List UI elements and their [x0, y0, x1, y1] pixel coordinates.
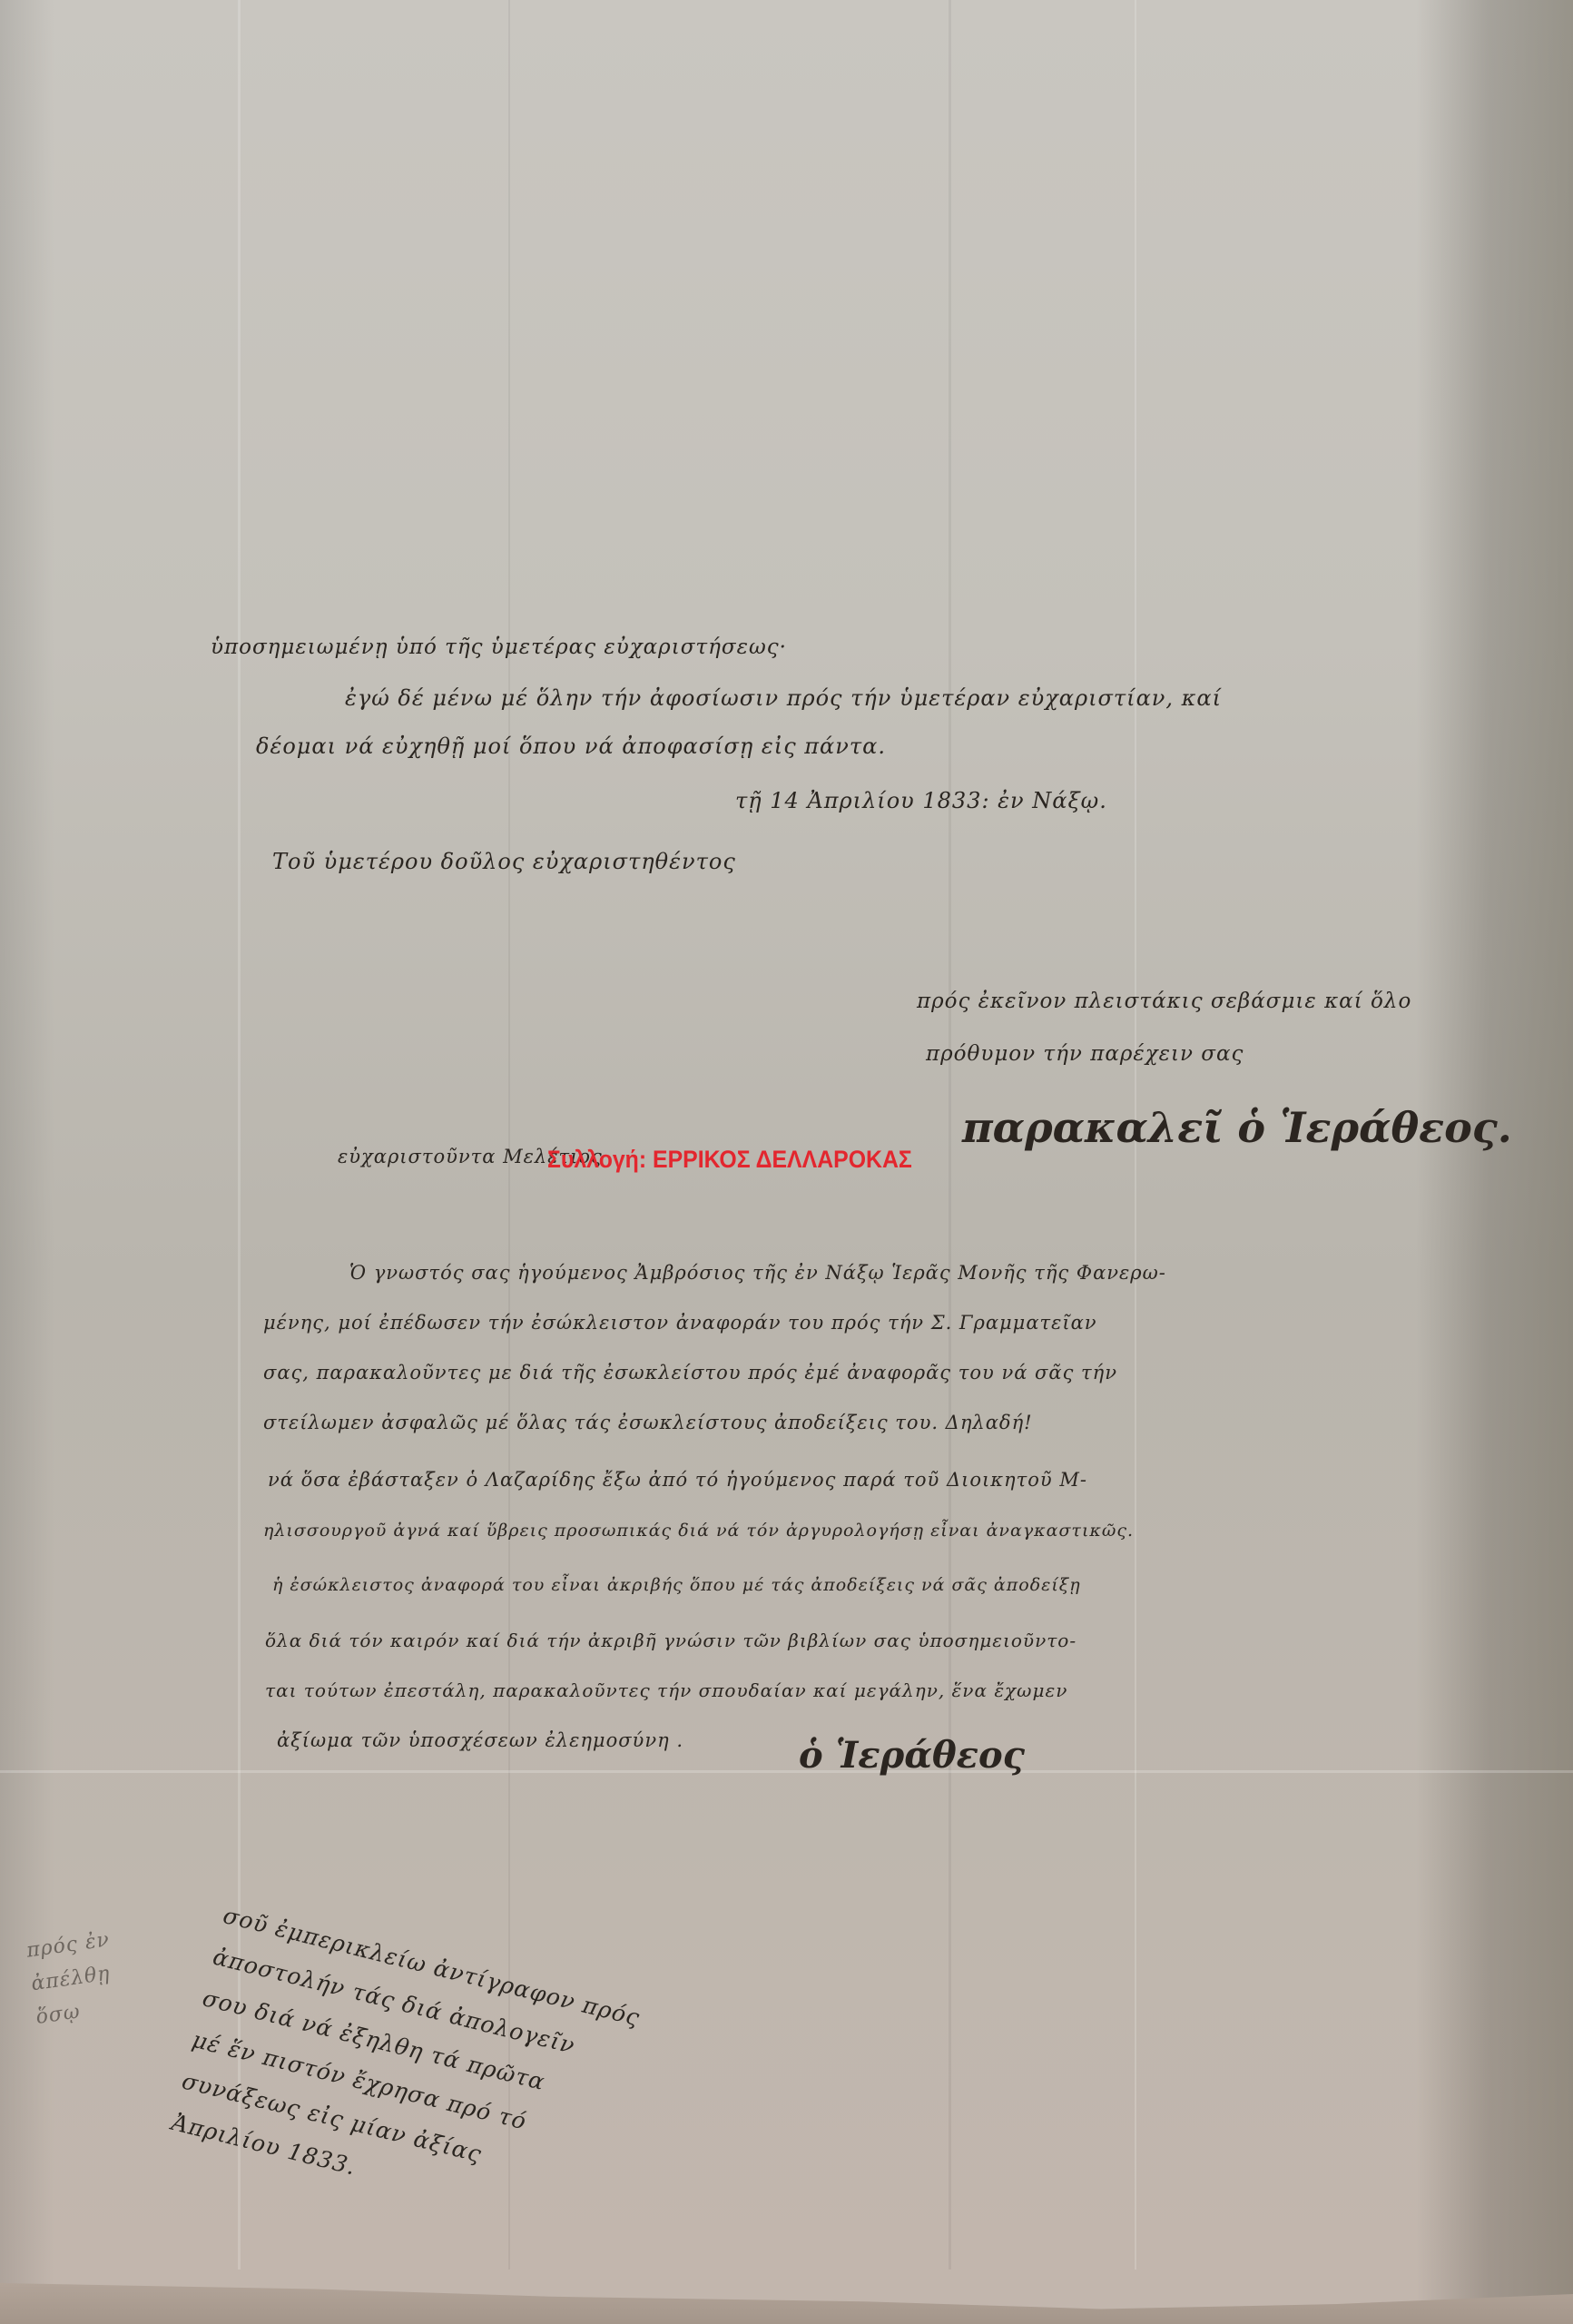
signature: παρακαλεῖ ὁ Ἱεράθεος. — [962, 1103, 1512, 1152]
body-line: ἡ ἐσώκλειστος ἀναφορά του εἶναι ἀκριβής … — [272, 1575, 1081, 1595]
closing-line: Τοῦ ὑμετέρου δοῦλος εὐχαριστηθέντος — [272, 849, 736, 874]
upper-line: ἐγώ δέ μένω μέ ὅλην τήν ἀφοσίωσιν πρός τ… — [345, 685, 1222, 711]
collection-watermark: Συλλογή: ΕΡΡΙΚΟΣ ΔΕΛΛΑΡΟΚΑΣ — [547, 1146, 912, 1174]
upper-line: δέομαι νά εὐχηθῇ μοί ὅπου νά ἀποφασίσῃ ε… — [256, 734, 886, 759]
body-line: σας, παρακαλοῦντες με διά τῆς ἐσωκλείστο… — [263, 1362, 1117, 1384]
body-line: μένης, μοί ἐπέδωσεν τήν ἐσώκλειστον ἀναφ… — [263, 1312, 1097, 1334]
fold-crease — [0, 1770, 1573, 1773]
body-signature: ὁ Ἱεράθεος — [799, 1734, 1025, 1777]
upper-line: ὑποσημειωμένῃ ὑπό τῆς ὑμετέρας εὐχαριστή… — [211, 635, 787, 659]
margin-note-line: πρός ἐν — [25, 1928, 112, 1963]
rotated-postscript: σοῦ ἐμπερικλείω ἀντίγραφον πρός ἀποστολή… — [165, 1902, 643, 2254]
margin-note: πρός ἐν ἀπέλθῃ ὅσῳ — [25, 1928, 123, 2040]
salutation-line: πρός ἐκεῖνον πλειστάκις σεβάσμιε καί ὅλο — [917, 990, 1411, 1013]
body-line: ηλισσουργοῦ ἀγνά καί ὕβρεις προσωπικάς δ… — [263, 1521, 1134, 1541]
fold-crease — [508, 0, 510, 2270]
date-line: τῇ 14 Ἀπριλίου 1833: ἐν Νάξῳ. — [735, 788, 1107, 813]
body-line: στείλωμεν ἀσφαλῶς μέ ὅλας τάς ἐσωκλείστο… — [263, 1412, 1033, 1433]
fold-crease — [949, 0, 951, 2270]
body-line: ὅλα διά τόν καιρόν καί διά τήν ἀκριβῆ γν… — [265, 1630, 1077, 1651]
body-line: ἀξίωμα τῶν ὑποσχέσεων ἐλεημοσύνη . — [277, 1729, 683, 1751]
margin-note-line: ἀπέλθῃ — [30, 1962, 116, 1996]
margin-note-line: ὅσῳ — [34, 1994, 121, 2029]
manuscript-page: ὑποσημειωμένῃ ὑπό τῆς ὑμετέρας εὐχαριστή… — [0, 0, 1573, 2324]
page-bottom-edge — [0, 2274, 1573, 2324]
body-line: Ὁ γνωστός σας ἡγούμενος Ἀμβρόσιος τῆς ἐν… — [349, 1262, 1166, 1284]
body-line: ται τούτων ἐπεστάλη, παρακαλοῦντες τήν σ… — [265, 1679, 1067, 1701]
body-line: νά ὅσα ἐβάσταξεν ὁ Λαζαρίδης ἔξω ἀπό τό … — [268, 1469, 1087, 1491]
salutation-line: πρόθυμον τήν παρέχειν σας — [926, 1042, 1244, 1066]
